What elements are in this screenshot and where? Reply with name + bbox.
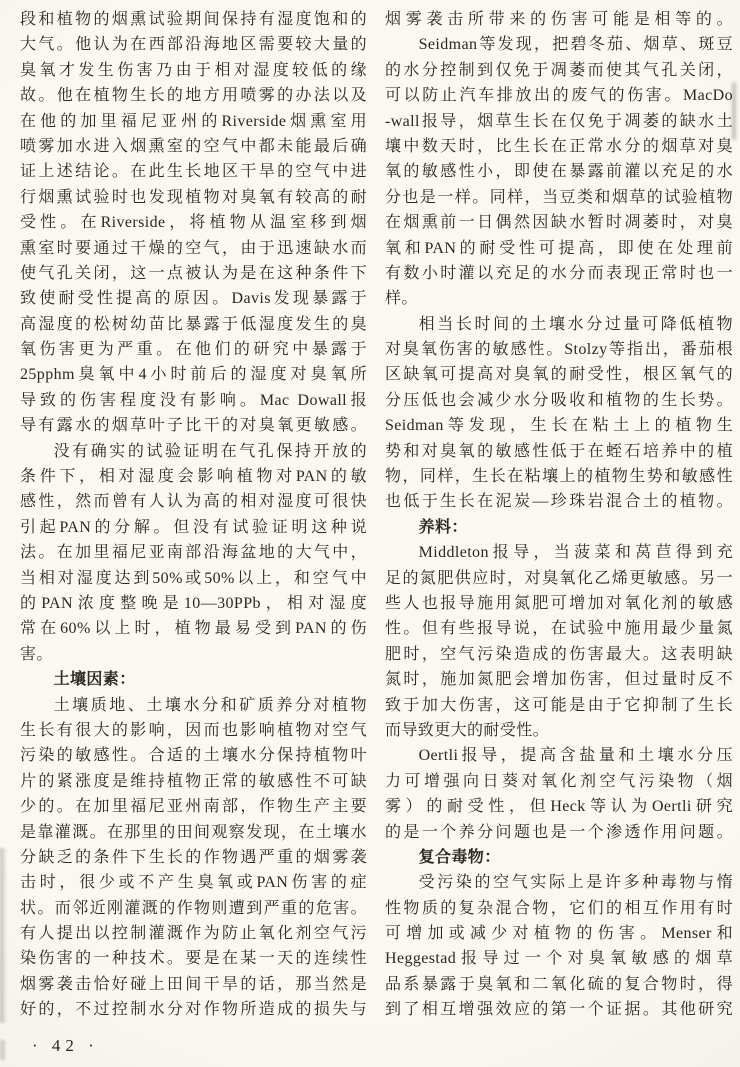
- text-line: 害。: [20, 642, 367, 667]
- text-line: Oertli报导，提高含盐量和土壤水分压: [385, 743, 733, 768]
- text-line: 证上述结论。在此生长地区干旱的空气中进: [20, 159, 367, 184]
- text-line: 臭氧才发生伤害乃由于相对湿度较低的缘: [20, 58, 367, 83]
- text-line: 染伤害的一种技术。要是在某一天的连续性: [20, 946, 367, 971]
- text-line: 性。但有些报导说，在试验中施用最少量氮: [385, 616, 733, 641]
- text-line: 可以防止汽车排放出的废气的伤害。MacDo: [385, 83, 733, 108]
- text-line: 分也是一样。同样，当豆类和烟草的试验植物: [385, 185, 733, 210]
- text-line: 也低于生长在泥炭—珍珠岩混合土的植物。: [385, 489, 733, 514]
- text-line: 的PAN浓度整晚是10—30PPb，相对湿度: [20, 591, 367, 616]
- section-heading: 养料：: [385, 515, 733, 540]
- text-line: 受污染的空气实际上是许多种毒物与惰: [385, 870, 733, 895]
- text-line: 当相对湿度达到50%或50%以上，和空气中: [20, 566, 367, 591]
- text-line: 足的氮肥供应时，对臭氧化乙烯更敏感。另一: [385, 566, 733, 591]
- text-line: 力可增强向日葵对氧化剂空气污染物（烟: [385, 769, 733, 794]
- text-line: 感性，然而曾有人认为高的相对湿度可很快: [20, 489, 367, 514]
- text-line: 熏室时要通过干燥的空气，由于迅速缺水而: [20, 236, 367, 261]
- text-line: 的是一个养分问题也是一个渗透作用问题。: [385, 820, 733, 845]
- text-line: 引起PAN的分解。但没有试验证明这种说: [20, 515, 367, 540]
- text-line: 的水分控制到仅免于凋萎而使其气孔关闭，: [385, 58, 733, 83]
- text-line: 有数小时灌以充足的水分而表现正常时也一: [385, 261, 733, 286]
- text-line: 相当长时间的土壤水分过量可降低植物: [385, 312, 733, 337]
- text-line: 片的紧涨度是维持植物正常的敏感性不可缺: [20, 769, 367, 794]
- text-line: 25pphm臭氧中4小时前后的湿度对臭氧所: [20, 362, 367, 387]
- text-line: 烟雾袭击恰好碰上田间干旱的话，那当然是: [20, 972, 367, 997]
- text-line: 品系暴露于臭氧和二氧化硫的复合物时，得: [385, 972, 733, 997]
- text-line: 污染的敏感性。合适的土壤水分保持植物叶: [20, 743, 367, 768]
- text-line: 样。: [385, 286, 733, 311]
- text-line: 烟雾袭击所带来的伤害可能是相等的。: [385, 7, 733, 32]
- right-text-column: 烟雾袭击所带来的伤害可能是相等的。Seidman等发现，把碧冬茄、烟草、斑豆的水…: [385, 7, 733, 1023]
- text-line: 分压低也会减少水分吸收和植物的生长势。: [385, 388, 733, 413]
- scan-smudge-left-edge: [0, 848, 7, 1023]
- text-line: 壤中数天时，比生长在正常水分的烟草对臭: [385, 134, 733, 159]
- text-line: 在烟熏前一日偶然因缺水暂时凋萎时，对臭: [385, 210, 733, 235]
- text-line: 喷雾加水进入烟熏室的空气中都未能最后确: [20, 134, 367, 159]
- text-line: 段和植物的烟熏试验期间保持有湿度饱和的: [20, 7, 367, 32]
- text-line: 使气孔关闭，这一点被认为是在这种条件下: [20, 261, 367, 286]
- section-heading: 复合毒物：: [385, 845, 733, 870]
- text-line: 势和对臭氧的敏感性低于在蛭石培养中的植: [385, 439, 733, 464]
- text-line: 生长有很大的影响，因而也影响植物对空气: [20, 718, 367, 743]
- text-line: 致于加大伤害，这可能是由于它抑制了生长: [385, 693, 733, 718]
- text-line: 受性。在Riverside，将植物从温室移到烟: [20, 210, 367, 235]
- text-line: Heggestad报导过一个对臭氧敏感的烟草: [385, 946, 733, 971]
- text-line: 导有露水的烟草叶子比干的对臭氧更敏感。: [20, 413, 367, 438]
- text-line: 高湿度的松树幼苗比暴露于低湿度发生的臭: [20, 312, 367, 337]
- text-line: 条件下，相对湿度会影响植物对PAN的敏: [20, 464, 367, 489]
- text-line: 行烟熏试验时也发现植物对臭氧有较高的耐: [20, 185, 367, 210]
- text-line: Middleton报导，当菠菜和莴苣得到充: [385, 540, 733, 565]
- text-line: 对臭氧伤害的敏感性。Stolzy等指出，番茄根: [385, 337, 733, 362]
- section-heading: 土壤因素：: [20, 667, 367, 692]
- text-line: 好的，不过控制水分对作物所造成的损失与: [20, 997, 367, 1022]
- text-line: 常在60%以上时，植物最易受到PAN的伤: [20, 616, 367, 641]
- text-line: 土壤质地、土壤水分和矿质养分对植物: [20, 693, 367, 718]
- text-line: 分缺乏的条件下生长的作物遇严重的烟雾袭: [20, 845, 367, 870]
- left-text-column: 段和植物的烟熏试验期间保持有湿度饱和的大气。他认为在西部沿海地区需要较大量的臭氧…: [20, 7, 367, 1023]
- text-line: 肥时，空气污染造成的伤害最大。这表明缺: [385, 642, 733, 667]
- text-line: 物，同样，生长在粘壤上的植物生势和敏感性: [385, 464, 733, 489]
- scan-smudge-bottom-edge: [0, 1040, 5, 1060]
- text-line: 击时，很少或不产生臭氧或PAN伤害的症: [20, 870, 367, 895]
- scanned-book-page: 段和植物的烟熏试验期间保持有湿度饱和的大气。他认为在西部沿海地区需要较大量的臭氧…: [0, 0, 740, 1067]
- page-number: · 42 ·: [32, 1036, 99, 1056]
- text-line: 状。而邻近刚灌溉的作物则遭到严重的危害。: [20, 896, 367, 921]
- text-line: 氧的敏感性小，即使在暴露前灌以充足的水: [385, 159, 733, 184]
- text-line: 性物质的复杂混合物，它们的相互作用有时: [385, 896, 733, 921]
- text-line: 大气。他认为在西部沿海地区需要较大量的: [20, 32, 367, 57]
- text-line: 到了相互增强效应的第一个证据。其他研究: [385, 997, 733, 1022]
- text-line: 氧伤害更为严重。在他们的研究中暴露于: [20, 337, 367, 362]
- text-line: 而导致更大的耐受性。: [385, 718, 733, 743]
- text-line: 有人提出以控制灌溉作为防止氧化剂空气污: [20, 921, 367, 946]
- text-line: 雾）的耐受性，但Heck等认为Oertli研究: [385, 794, 733, 819]
- text-line: 是靠灌溉。在那里的田间观察发现，在土壤水: [20, 820, 367, 845]
- text-line: 导致的伤害程度没有影响。Mac Dowall报: [20, 388, 367, 413]
- text-line: Seidman等发现，把碧冬茄、烟草、斑豆: [385, 32, 733, 57]
- text-line: Seidman等发现，生长在粘土上的植物生: [385, 413, 733, 438]
- text-line: -wall报导，烟草生长在仅免于凋萎的缺水土: [385, 109, 733, 134]
- text-line: 些人也报导施用氮肥可增加对氧化剂的敏感: [385, 591, 733, 616]
- text-line: 区缺氧可提高对臭氧的耐受性，根区氧气的: [385, 362, 733, 387]
- text-line: 氧和PAN的耐受性可提高，即使在处理前: [385, 236, 733, 261]
- text-line: 在他的加里福尼亚州的Riverside烟熏室用: [20, 109, 367, 134]
- text-line: 法。在加里福尼亚南部沿海盆地的大气中，: [20, 540, 367, 565]
- text-line: 故。他在植物生长的地方用喷雾的办法以及: [20, 83, 367, 108]
- text-line: 没有确实的试验证明在气孔保持开放的: [20, 439, 367, 464]
- text-line: 致使耐受性提高的原因。Davis发现暴露于: [20, 286, 367, 311]
- text-line: 少的。在加里福尼亚州南部，作物生产主要: [20, 794, 367, 819]
- text-line: 可增加或减少对植物的伤害。Menser和: [385, 921, 733, 946]
- text-line: 氮时，施加氮肥会增加伤害，但过量时反不: [385, 667, 733, 692]
